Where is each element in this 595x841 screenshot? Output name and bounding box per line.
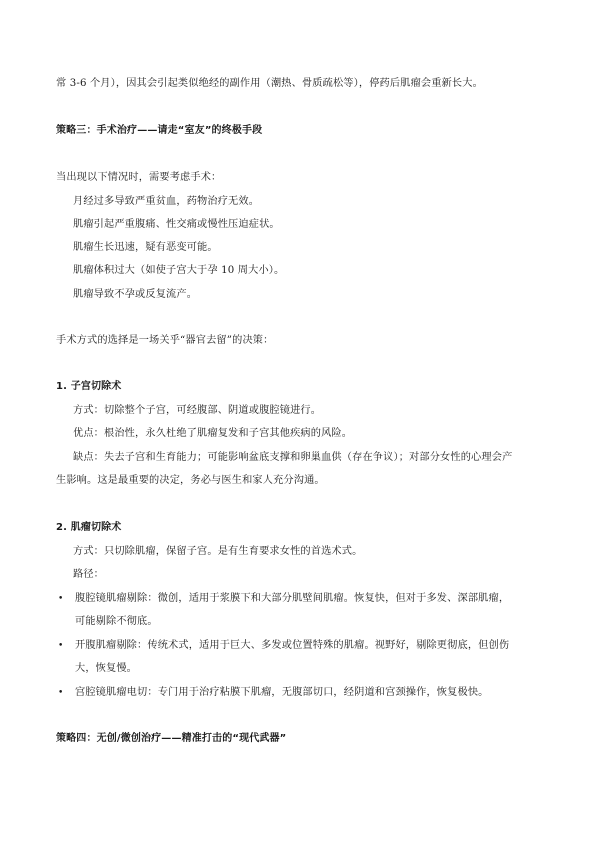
indication-item: 肌瘤体积过大（如使子宫大于孕 10 周大小）。 [73,264,284,278]
option1-heading: 1. 子宫切除术 [56,380,121,394]
strategy3-heading: 策略三：手术治疗——请走“室友”的终极手段 [56,124,262,138]
surgery-indications-intro: 当出现以下情况时，需要考虑手术： [56,171,221,185]
route-item-open-continued: 大，恢复慢。 [75,662,137,676]
option1-pros: 优点：根治性，永久杜绝了肌瘤复发和子宫其他疾病的风险。 [73,427,352,441]
route-item-hysteroscopic: 宫腔镜肌瘤电切：专门用于治疗粘膜下肌瘤，无腹部切口，经阴道和宫颈操作，恢复极快。 [75,686,489,700]
bullet-icon: • [58,592,63,606]
route-item-laparoscopic-continued: 可能剔除不彻底。 [75,615,158,629]
continuation-paragraph: 常 3-6 个月），因其会引起类似绝经的副作用（潮热、骨质疏松等），停药后肌瘤会… [56,77,483,91]
option1-cons: 缺点：失去子宫和生育能力；可能影响盆底支撑和卵巢血供（存在争议）；对部分女性的心… [73,451,512,465]
option2-method: 方式：只切除肌瘤，保留子宫。是有生育要求女性的首选术式。 [73,545,362,559]
option2-routes-label: 路径： [73,568,104,582]
indication-item: 肌瘤引起严重腹痛、性交痛或慢性压迫症状。 [73,218,280,232]
bullet-icon: • [58,686,63,700]
route-item-laparoscopic: 腹腔镜肌瘤剔除：微创，适用于浆膜下和大部分肌壁间肌瘤。恢复快，但对于多发、深部肌… [75,592,509,606]
option1-cons-continued: 生影响。这是最重要的决定，务必与医生和家人充分沟通。 [56,474,325,488]
option1-method: 方式：切除整个子宫，可经腹部、阴道或腹腔镜进行。 [73,404,321,418]
surgery-choice-intro: 手术方式的选择是一场关乎“器官去留”的决策： [56,334,273,348]
indication-item: 肌瘤导致不孕或反复流产。 [73,288,197,302]
route-item-open: 开腹肌瘤剔除：传统术式，适用于巨大、多发或位置特殊的肌瘤。视野好，剔除更彻底，但… [75,639,509,653]
strategy4-heading: 策略四：无创/微创治疗——精准打击的“现代武器” [56,732,286,746]
indication-item: 月经过多导致严重贫血，药物治疗无效。 [73,195,259,209]
option2-heading: 2. 肌瘤切除术 [56,521,121,535]
bullet-icon: • [58,639,63,653]
indication-item: 肌瘤生长迅速，疑有恶变可能。 [73,241,218,255]
